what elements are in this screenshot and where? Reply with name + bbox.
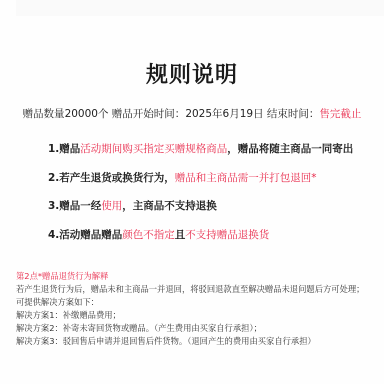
end-time-value: 售完截止 (319, 108, 361, 120)
gift-info-line: 赠品数量20000个 赠品开始时间：2025年6月19日 结束时间：售完截止 (0, 106, 384, 121)
end-time-label: 结束时间： (264, 108, 320, 120)
rule-3: 3.赠品一经使用，主商品不支持退换 (48, 198, 217, 213)
rule-text: 且 (175, 229, 186, 241)
rule-highlight: 活动期间购买指定买赠规格商品 (80, 143, 227, 155)
rule-highlight: 赠品和主商品需一并打包退回* (175, 172, 317, 184)
rule-highlight: 使用 (101, 200, 122, 212)
top-band (16, 0, 384, 16)
quantity-label: 赠品数量 (23, 108, 65, 120)
note-solution-2: 解决方案2：补寄未寄回货物或赠品。（产生费用由买家自行承担）； (16, 322, 262, 335)
page-title: 规则说明 (0, 58, 384, 89)
rule-1: 1.赠品活动期间购买指定买赠规格商品，赠品将随主商品一同寄出 (48, 141, 353, 156)
note-line: 若产生退货行为后，赠品未和主商品一并退回，将驳回退款直至解决赠品未退问题后方可处… (16, 283, 364, 296)
rule-highlight: 颜色不指定 (122, 229, 175, 241)
rule-4: 4.活动赠品赠品颜色不指定且不支持赠品退换货 (48, 227, 269, 242)
rule-text: 3.赠品一经 (48, 200, 101, 212)
rules-page: 规则说明 赠品数量20000个 赠品开始时间：2025年6月19日 结束时间：售… (0, 0, 384, 384)
rule-highlight: 不支持赠品退换货 (185, 229, 269, 241)
note-title: 第2点*赠品退货行为解释 (16, 270, 108, 283)
start-time-value: 2025年6月19日 (185, 108, 263, 120)
rule-2: 2.若产生退货或换货行为，赠品和主商品需一并打包退回* (48, 170, 317, 185)
rule-text: ，主商品不支持退换 (122, 200, 217, 212)
rule-text: 2.若产生退货或换货行为， (48, 172, 175, 184)
start-time-label: 赠品开始时间： (108, 108, 185, 120)
quantity-value: 20000个 (65, 108, 109, 120)
note-solution-1: 解决方案1：补缴赠品费用； (16, 309, 121, 322)
rule-text: 1.赠品 (48, 143, 80, 155)
rule-text: ，赠品将随主商品一同寄出 (227, 143, 353, 155)
rule-text: 4.活动赠品赠品 (48, 229, 122, 241)
note-line: 可提供解决方案如下： (16, 296, 99, 309)
note-solution-3: 解决方案3：驳回售后申请并退回售后件货物。（退回产生的费用由买家自行承担） (16, 335, 316, 348)
